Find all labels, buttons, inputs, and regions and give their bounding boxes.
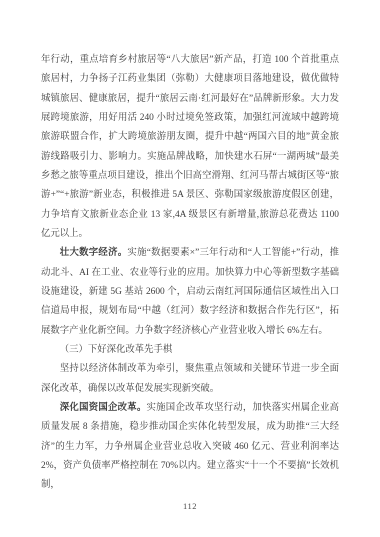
paragraph-tourism: 年行动，重点培育乡村旅居等“八大旅居”新产品，打造 100 个首批重点旅居村，力… xyxy=(41,51,339,244)
paragraph-reform-intro: 坚持以经济体制改革为牵引，聚焦重点领域和关键环节进一步全面深化改革，确保以改革促… xyxy=(41,360,339,399)
body-text: 年行动，重点培育乡村旅居等“八大旅居”新产品，打造 100 个首批重点旅居村，力… xyxy=(41,51,339,496)
paragraph-soe-reform-lead: 深化国资国企改革。 xyxy=(60,403,147,413)
paragraph-digital-economy: 壮大数字经济。实施“数据要素×”三年行动和“人工智能+”行动，推动北斗、AI 在… xyxy=(41,244,339,341)
document-page: 年行动，重点培育乡村旅居等“八大旅居”新产品，打造 100 个首批重点旅居村，力… xyxy=(0,0,380,537)
section-heading: （三）下好深化改革先手棋 xyxy=(41,341,339,360)
paragraph-digital-economy-rest: 实施“数据要素×”三年行动和“人工智能+”行动，推动北斗、AI 在工业、农业等行… xyxy=(41,248,339,335)
page-number: 112 xyxy=(0,501,380,511)
paragraph-soe-reform-rest: 实施国企改革攻坚行动，加快落实州属企业高质量发展 8 条措施，稳步推动国企实体化… xyxy=(41,403,339,490)
paragraph-soe-reform: 深化国资国企改革。实施国企改革攻坚行动，加快落实州属企业高质量发展 8 条措施，… xyxy=(41,399,339,496)
paragraph-digital-economy-lead: 壮大数字经济。 xyxy=(60,248,128,258)
